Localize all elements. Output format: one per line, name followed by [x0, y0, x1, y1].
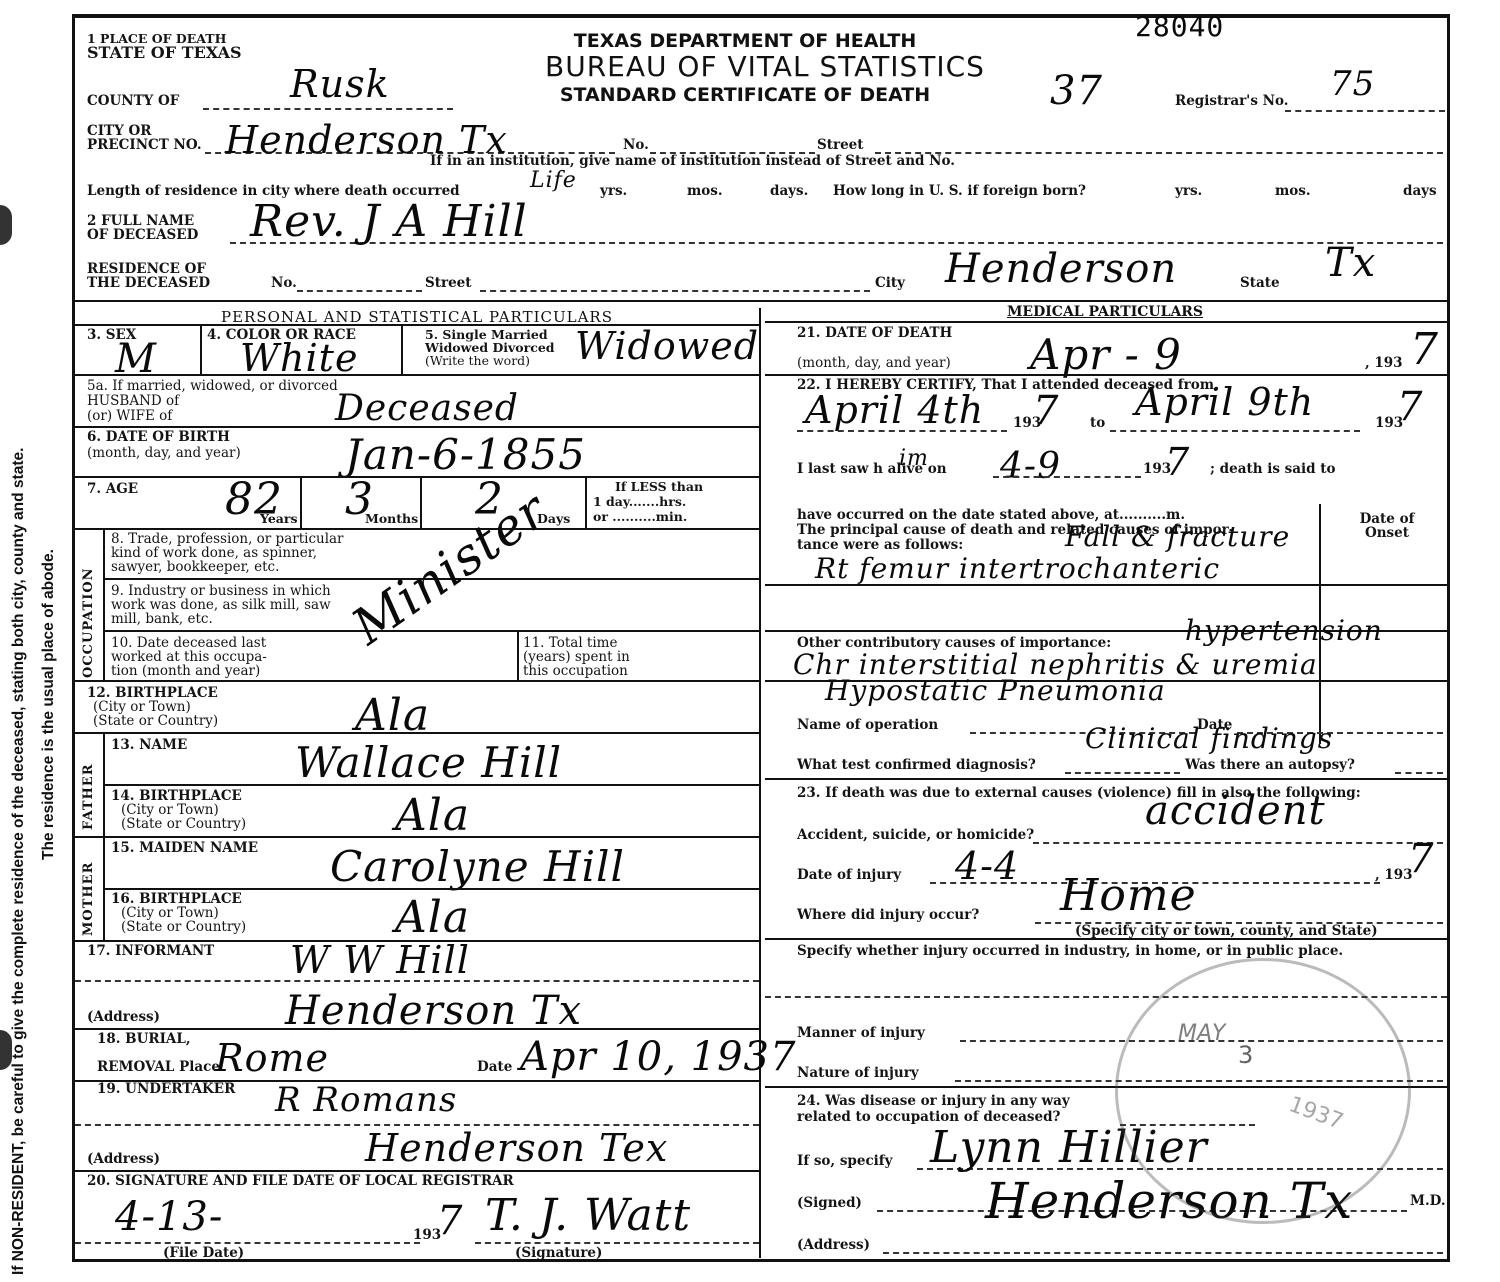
dod-label2: (month, day, and year) [797, 356, 951, 370]
mother-birthplace-label1: 16. BIRTHPLACE [111, 892, 242, 906]
residence-city-label: City [875, 276, 905, 290]
days-label: days. [770, 184, 808, 198]
birthplace-label3: (State or Country) [93, 714, 218, 728]
father-birthplace-label3: (State or Country) [121, 817, 246, 831]
department-title: TEXAS DEPARTMENT OF HEALTH [505, 30, 985, 52]
residence-length-value: Life [530, 168, 577, 193]
residence-label1: RESIDENCE OF [87, 262, 206, 276]
burial-label2: REMOVAL Place [97, 1060, 220, 1074]
spouse-label2: HUSBAND of [87, 394, 179, 408]
marital-label3: (Write the word) [425, 354, 530, 367]
city-label1: CITY OR [87, 124, 151, 138]
last-saw-date: 4-9 [1000, 446, 1061, 487]
birthplace-label1: 12. BIRTHPLACE [87, 686, 218, 700]
residence-state: Tx [1325, 240, 1376, 286]
trade-label1: 8. Trade, profession, or particular [111, 532, 344, 546]
specify-note: (Specify city or town, county, and State… [1075, 924, 1378, 938]
father-name-label: 13. NAME [111, 738, 187, 752]
death-certificate-form: 1 PLACE OF DEATH STATE OF TEXAS TEXAS DE… [72, 14, 1450, 1262]
less-than-label1: If LESS than [615, 480, 703, 493]
stamp-year: 1937 [1285, 1092, 1346, 1135]
less-than-label3: or ..........min. [593, 510, 687, 523]
contributory-line1: hypertension [1185, 614, 1383, 647]
residence-no-label: No. [271, 276, 297, 290]
residence-instruction: The residence is the usual place of abod… [40, 549, 58, 860]
no-label: No. [623, 138, 649, 152]
yrs-label: yrs. [600, 184, 627, 198]
if-so-label: If so, specify [797, 1154, 892, 1168]
year-mark: 37 [1050, 68, 1103, 114]
punch-hole [0, 205, 12, 245]
total-time-label3: this occupation [523, 664, 628, 678]
industry-label2: work was done, as silk mill, saw [111, 598, 331, 612]
injury-where: Home [1060, 870, 1197, 921]
accident-label: Accident, suicide, or homicide? [797, 828, 1034, 842]
attended-from-year: 7 [1033, 388, 1059, 434]
signature-label: (Signature) [515, 1246, 602, 1260]
full-name-label2: OF DECEASED [87, 228, 198, 242]
deceased-name: Rev. J A Hill [250, 196, 528, 247]
burial-place: Rome [215, 1036, 329, 1080]
dob-value: Jan-6-1855 [345, 430, 586, 479]
industry-label1: 9. Industry or business in which [111, 584, 331, 598]
spouse-label1: 5a. If married, widowed, or divorced [87, 379, 338, 393]
mother-birthplace: Ala [395, 892, 470, 943]
attended-to: April 9th [1135, 380, 1314, 424]
mother-name: Carolyne Hill [330, 842, 625, 891]
marital-status: Widowed [575, 324, 759, 368]
signed-label: (Signed) [797, 1196, 862, 1210]
mother-side-label: MOTHER [81, 862, 96, 936]
column-divider [759, 308, 761, 1258]
accident-value: accident [1145, 788, 1326, 834]
registrar-signature: T. J. Watt [485, 1190, 691, 1241]
md-label: M.D. [1410, 1194, 1446, 1208]
file-year-digit: 7 [437, 1198, 463, 1244]
mother-name-label: 15. MAIDEN NAME [111, 841, 258, 855]
birthplace-label2: (City or Town) [93, 700, 191, 714]
trade-label3: sawyer, bookkeeper, etc. [111, 560, 279, 574]
total-time-label1: 11. Total time [523, 636, 617, 650]
last-worked-label2: worked at this occupa- [111, 650, 267, 664]
county-value: Rusk [290, 62, 390, 106]
undertaker-label: 19. UNDERTAKER [97, 1082, 235, 1096]
father-birthplace-label2: (City or Town) [121, 803, 219, 817]
last-worked-label3: tion (month and year) [111, 664, 260, 678]
physician-address-label: (Address) [797, 1238, 870, 1252]
injury-year: 7 [1408, 836, 1434, 882]
dob-label1: 6. DATE OF BIRTH [87, 430, 230, 444]
last-saw-year: 7 [1165, 440, 1190, 484]
injury-year-prefix: , 193 [1375, 868, 1413, 882]
father-birthplace-label1: 14. BIRTHPLACE [111, 789, 242, 803]
informant-label: 17. INFORMANT [87, 944, 214, 958]
registrar-signature-label: 20. SIGNATURE AND FILE DATE OF LOCAL REG… [87, 1174, 514, 1188]
nature-of-injury-label: Nature of injury [797, 1066, 919, 1080]
test-label: What test confirmed diagnosis? [797, 758, 1036, 772]
occupation-side-label: OCCUPATION [81, 567, 96, 678]
father-birthplace: Ala [395, 790, 470, 841]
attended-to-label: to [1090, 416, 1105, 430]
last-saw-pronoun: im [899, 446, 929, 471]
father-side-label: FATHER [81, 763, 96, 830]
date-of-onset-label: Date of Onset [1347, 512, 1427, 540]
residence-state-label: State [1240, 276, 1280, 290]
registrar-no-label: Registrar's No. [1175, 94, 1288, 108]
foreign-yrs-label: yrs. [1175, 184, 1202, 198]
manner-of-injury-label: Manner of injury [797, 1026, 925, 1040]
age-label: 7. AGE [87, 482, 138, 496]
contributory-line3: Hypostatic Pneumonia [825, 674, 1166, 707]
principal-cause-line2: Rt femur intertrochanteric [815, 552, 1220, 585]
last-worked-label1: 10. Date deceased last [111, 636, 266, 650]
mother-birthplace-label2: (City or Town) [121, 906, 219, 920]
dod-label1: 21. DATE OF DEATH [797, 326, 952, 340]
certificate-title: STANDARD CERTIFICATE OF DEATH [505, 84, 985, 106]
medical-section-title: MEDICAL PARTICULARS [765, 304, 1445, 320]
injury-where-label: Where did injury occur? [797, 908, 979, 922]
burial-date: Apr 10, 1937 [520, 1034, 796, 1080]
foreign-days-label: days [1403, 184, 1437, 198]
state-label: STATE OF TEXAS [87, 46, 242, 60]
undertaker-address: Henderson Tex [365, 1126, 668, 1170]
mother-birthplace-label3: (State or Country) [121, 920, 246, 934]
foreign-mos-label: mos. [1275, 184, 1311, 198]
full-name-label1: 2 FULL NAME [87, 214, 194, 228]
father-name: Wallace Hill [295, 738, 562, 787]
stamp-month: MAY [1178, 1021, 1225, 1046]
dob-label2: (month, day, and year) [87, 446, 241, 460]
last-saw-tail: ; death is said to [1210, 462, 1336, 476]
file-number: 28040 [1135, 10, 1224, 43]
street-label: Street [817, 138, 864, 152]
operation-label: Name of operation [797, 718, 938, 732]
stamp-day: 3 [1238, 1041, 1253, 1069]
burial-label1: 18. BURIAL, [97, 1032, 191, 1046]
undertaker-address-label: (Address) [87, 1152, 160, 1166]
years-label: Years [260, 512, 298, 525]
residence-city: Henderson [945, 246, 1177, 292]
total-time-label2: (years) spent in [523, 650, 630, 664]
spouse-value: Deceased [335, 388, 519, 429]
residence-street-label: Street [425, 276, 472, 290]
non-resident-instruction: If NON-RESIDENT, be careful to give the … [10, 448, 28, 1275]
dod-year-prefix: , 193 [1365, 356, 1403, 370]
occupation-related-label1: 24. Was disease or injury in any way [797, 1094, 1070, 1108]
attended-from: April 4th [805, 388, 984, 432]
file-date: 4-13- [115, 1194, 223, 1240]
industry-note: Specify whether injury occurred in indus… [797, 944, 1343, 958]
autopsy-label: Was there an autopsy? [1185, 758, 1355, 772]
institution-note: If in an institution, give name of insti… [430, 154, 955, 168]
side-margin: If NON-RESIDENT, be careful to give the … [0, 0, 70, 1282]
trade-label2: kind of work done, as spinner, [111, 546, 317, 560]
informant-address-label: (Address) [87, 1010, 160, 1024]
mos-label: mos. [687, 184, 723, 198]
file-date-label: (File Date) [163, 1246, 244, 1260]
registrar-no: 75 [1330, 64, 1375, 104]
months-label: Months [365, 512, 418, 525]
undertaker-name: R Romans [275, 1080, 457, 1120]
received-stamp: MAY 3 1937 [1115, 958, 1411, 1224]
bureau-title: BUREAU OF VITAL STATISTICS [475, 50, 1055, 83]
spouse-label3: (or) WIFE of [87, 409, 172, 423]
industry-label3: mill, bank, etc. [111, 612, 213, 626]
less-than-label2: 1 day.......hrs. [593, 495, 686, 508]
principal-cause-line1: Fall & fracture [1065, 520, 1290, 553]
city-label2: PRECINCT NO. [87, 138, 202, 152]
foreign-born-label: How long in U. S. if foreign born? [833, 184, 1086, 198]
dod-year-digit: 7 [1410, 324, 1439, 375]
informant-name: W W Hill [290, 938, 470, 982]
injury-date-label: Date of injury [797, 868, 901, 882]
test-value: Clinical findings [1085, 722, 1333, 755]
principal-cause-label2: tance were as follows: [797, 538, 963, 552]
county-label: COUNTY OF [87, 94, 179, 108]
date-of-death: Apr - 9 [1030, 330, 1182, 379]
residence-label2: THE DECEASED [87, 276, 210, 290]
attended-to-year: 7 [1397, 384, 1423, 430]
burial-date-label: Date [477, 1060, 512, 1074]
